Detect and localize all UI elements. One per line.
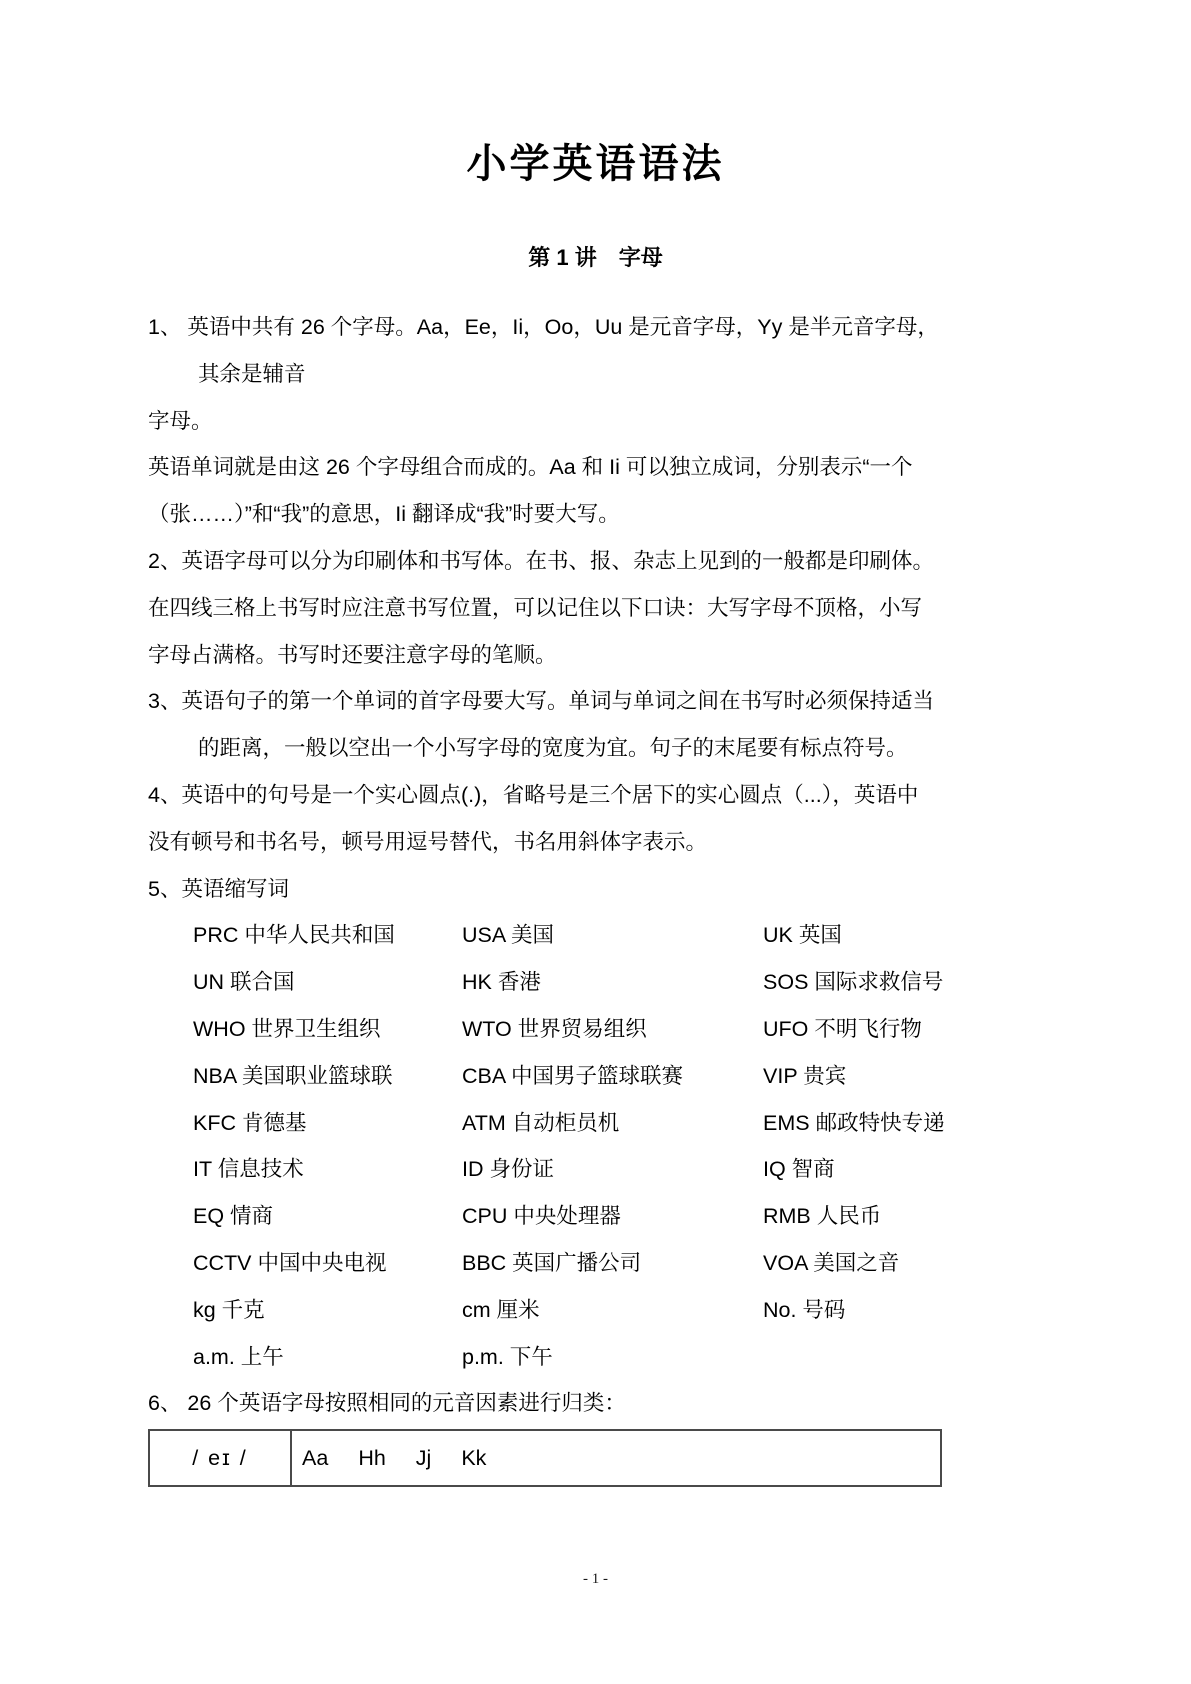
abbreviation-item: HK 香港 [462, 959, 763, 1006]
page-title: 小学英语语法 [0, 0, 1191, 190]
paragraph-line: 4、英语中的句号是一个实心圆点(.)，省略号是三个居下的实心圆点（...），英语… [148, 772, 1051, 819]
abbreviation-item: IQ 智商 [763, 1146, 1051, 1193]
abbreviation-item: BBC 英国广播公司 [462, 1240, 763, 1287]
abbreviation-item: IT 信息技术 [193, 1146, 462, 1193]
letters-group: Aa Hh Jj Kk [292, 1435, 940, 1482]
abbreviation-item [763, 1334, 1051, 1381]
abbreviation-row: CCTV 中国中央电视 BBC 英国广播公司 VOA 美国之音 [193, 1240, 1051, 1287]
abbreviation-item: a.m. 上午 [193, 1334, 462, 1381]
abbreviation-item: VOA 美国之音 [763, 1240, 1051, 1287]
paragraph-line: 的距离，一般以空出一个小写字母的宽度为宜。句子的末尾要有标点符号。 [148, 725, 1051, 772]
abbreviation-item: SOS 国际求救信号 [763, 959, 1051, 1006]
paragraph-line: 字母。 [148, 398, 1051, 445]
abbreviation-row: a.m. 上午 p.m. 下午 [193, 1334, 1051, 1381]
phonetic-cell: / eɪ / [149, 1430, 291, 1486]
abbreviation-row: NBA 美国职业篮球联 CBA 中国男子篮球联赛 VIP 贵宾 [193, 1053, 1051, 1100]
document-body: 1、 英语中共有 26 个字母。Aa，Ee，Ii，Oo，Uu 是元音字母，Yy … [148, 304, 1051, 1487]
abbreviation-item: kg 千克 [193, 1287, 462, 1334]
abbreviation-item: EMS 邮政特快专递 [763, 1100, 1051, 1147]
abbreviation-item: UK 英国 [763, 912, 1051, 959]
letter-item: Kk [461, 1435, 486, 1482]
letters-cell: Aa Hh Jj Kk [291, 1430, 941, 1486]
abbreviation-item: CPU 中央处理器 [462, 1193, 763, 1240]
abbreviation-item: WHO 世界卫生组织 [193, 1006, 462, 1053]
abbreviation-item: CCTV 中国中央电视 [193, 1240, 462, 1287]
letter-item: Jj [416, 1435, 432, 1482]
abbreviation-item: No. 号码 [763, 1287, 1051, 1334]
paragraph-line: 6、 26 个英语字母按照相同的元音因素进行归类： [148, 1380, 1051, 1427]
abbreviation-row: EQ 情商 CPU 中央处理器 RMB 人民币 [193, 1193, 1051, 1240]
table-row: / eɪ / Aa Hh Jj Kk [149, 1430, 941, 1486]
document-page: 小学英语语法 第 1 讲 字母 1、 英语中共有 26 个字母。Aa，Ee，Ii… [0, 0, 1191, 1684]
abbreviation-list: PRC 中华人民共和国 USA 美国 UK 英国 UN 联合国 HK 香港 SO… [193, 912, 1051, 1380]
abbreviation-row: kg 千克 cm 厘米 No. 号码 [193, 1287, 1051, 1334]
abbreviation-item: USA 美国 [462, 912, 763, 959]
paragraph-line: 3、英语句子的第一个单词的首字母要大写。单词与单词之间在书写时必须保持适当 [148, 678, 1051, 725]
paragraph-line: 英语单词就是由这 26 个字母组合而成的。Aa 和 Ii 可以独立成词，分别表示… [148, 444, 1051, 491]
paragraph-line: 2、英语字母可以分为印刷体和书写体。在书、报、杂志上见到的一般都是印刷体。 [148, 538, 1051, 585]
abbreviation-item: ATM 自动柜员机 [462, 1100, 763, 1147]
abbreviation-item: ID 身份证 [462, 1146, 763, 1193]
abbreviation-item: VIP 贵宾 [763, 1053, 1051, 1100]
letter-item: Hh [358, 1435, 385, 1482]
paragraph-line: 其余是辅音 [148, 351, 1051, 398]
vowel-group-table: / eɪ / Aa Hh Jj Kk [148, 1429, 942, 1487]
section-heading: 第 1 讲 字母 [0, 242, 1191, 274]
paragraph-line: 在四线三格上书写时应注意书写位置，可以记住以下口诀：大写字母不顶格，小写 [148, 585, 1051, 632]
abbreviation-item: NBA 美国职业篮球联 [193, 1053, 462, 1100]
paragraph-line: 1、 英语中共有 26 个字母。Aa，Ee，Ii，Oo，Uu 是元音字母，Yy … [148, 304, 1051, 351]
paragraph-line: （张……）”和“我”的意思，Ii 翻译成“我”时要大写。 [148, 491, 1051, 538]
abbreviation-item: cm 厘米 [462, 1287, 763, 1334]
abbreviation-row: WHO 世界卫生组织 WTO 世界贸易组织 UFO 不明飞行物 [193, 1006, 1051, 1053]
abbreviation-item: RMB 人民币 [763, 1193, 1051, 1240]
abbreviation-item: WTO 世界贸易组织 [462, 1006, 763, 1053]
abbreviation-item: EQ 情商 [193, 1193, 462, 1240]
abbreviation-item: p.m. 下午 [462, 1334, 763, 1381]
abbreviation-row: IT 信息技术 ID 身份证 IQ 智商 [193, 1146, 1051, 1193]
abbreviation-row: UN 联合国 HK 香港 SOS 国际求救信号 [193, 959, 1051, 1006]
page-number: - 1 - [0, 1568, 1191, 1590]
paragraph-line: 没有顿号和书名号，顿号用逗号替代，书名用斜体字表示。 [148, 819, 1051, 866]
abbreviation-item: KFC 肯德基 [193, 1100, 462, 1147]
letter-item: Aa [302, 1435, 328, 1482]
abbreviation-item: CBA 中国男子篮球联赛 [462, 1053, 763, 1100]
paragraph-line: 5、英语缩写词 [148, 866, 1051, 913]
abbreviation-item: UN 联合国 [193, 959, 462, 1006]
abbreviation-item: PRC 中华人民共和国 [193, 912, 462, 959]
abbreviation-item: UFO 不明飞行物 [763, 1006, 1051, 1053]
abbreviation-row: KFC 肯德基 ATM 自动柜员机 EMS 邮政特快专递 [193, 1100, 1051, 1147]
paragraph-line: 字母占满格。书写时还要注意字母的笔顺。 [148, 632, 1051, 679]
abbreviation-row: PRC 中华人民共和国 USA 美国 UK 英国 [193, 912, 1051, 959]
